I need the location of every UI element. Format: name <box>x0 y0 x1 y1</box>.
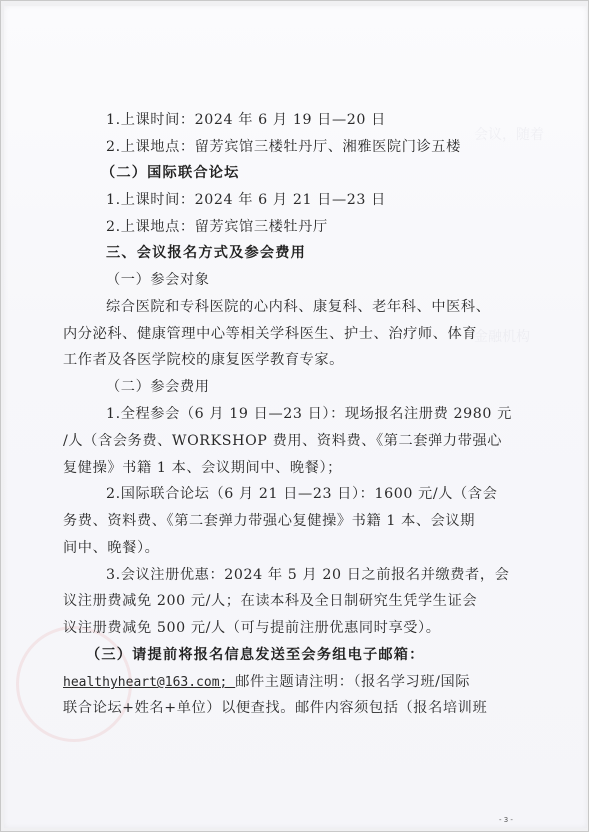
document-page: 会议，随着 金融机构 1.上课时间：2024 年 6 月 19 日—20 日 2… <box>4 6 587 828</box>
line-20: 议注册费减免 500 元/人（可与提前注册优惠同时享受）。 <box>63 619 441 637</box>
page-number: - 3 - <box>499 816 513 824</box>
line-14: 复健操》书籍 1 本、会议期间中、晚餐）； <box>63 459 342 477</box>
line-4: 1.上课时间：2024 年 6 月 21 日—23 日 <box>106 191 386 209</box>
line-18: 3.会议注册优惠：2024 年 5 月 20 日之前报名并缴费者，会 <box>106 566 509 584</box>
line-5: 2.上课地点：留芳宾馆三楼牡丹厅 <box>106 218 328 236</box>
bleed-through-text: 金融机构 <box>474 326 530 346</box>
subheading-email-submission: （三）请提前将报名信息发送至会务组电子邮箱： <box>86 646 425 664</box>
document-frame: 会议，随着 金融机构 1.上课时间：2024 年 6 月 19 日—20 日 2… <box>0 0 589 832</box>
line-12: 1.全程参会（6 月 19 日—23 日）：现场报名注册费 2980 元 <box>106 405 512 423</box>
line-10: 工作者及各医学院校的康复医学教育专家。 <box>63 351 344 369</box>
line-19: 议注册费减免 200 元/人；在读本科及全日制研究生凭学生证会 <box>63 592 477 610</box>
line-17: 间中、晚餐）。 <box>63 539 159 557</box>
line-2: 2.上课地点：留芳宾馆三楼牡丹厅、湘雅医院门诊五楼 <box>106 138 461 156</box>
line-9: 内分泌科、健康管理中心等相关学科医生、护士、治疗师、体育 <box>63 325 477 343</box>
line-1: 1.上课时间：2024 年 6 月 19 日—20 日 <box>106 111 386 129</box>
email-link[interactable]: healthyheart@163.com; <box>63 675 235 690</box>
email-line-rest: 邮件主题请注明：（报名学习班/国际 <box>235 674 470 690</box>
bleed-through-text: 会议，随着 <box>474 124 544 144</box>
subheading-fees: （二）参会费用 <box>106 378 210 396</box>
subheading-attendees: （一）参会对象 <box>106 271 210 289</box>
section-heading-international-forum: （二）国际联合论坛 <box>101 164 240 182</box>
line-13: /人（含会务费、WORKSHOP 费用、资料费、《第二套弹力带强心 <box>63 432 502 450</box>
section-heading-registration-fees: 三、会议报名方式及参会费用 <box>106 244 306 262</box>
last-line: 联合论坛+姓名+单位）以便查找。邮件内容须包括（报名培训班 <box>63 699 487 717</box>
line-8: 综合医院和专科医院的心内科、康复科、老年科、中医科、 <box>106 298 490 316</box>
line-16: 务费、资料费、《第二套弹力带强心复健操》书籍 1 本、会议期 <box>63 512 475 530</box>
email-line: healthyheart@163.com; 邮件主题请注明：（报名学习班/国际 <box>63 673 470 692</box>
line-15: 2.国际联合论坛（6 月 21 日—23 日）：1600 元/人（含会 <box>106 485 497 503</box>
